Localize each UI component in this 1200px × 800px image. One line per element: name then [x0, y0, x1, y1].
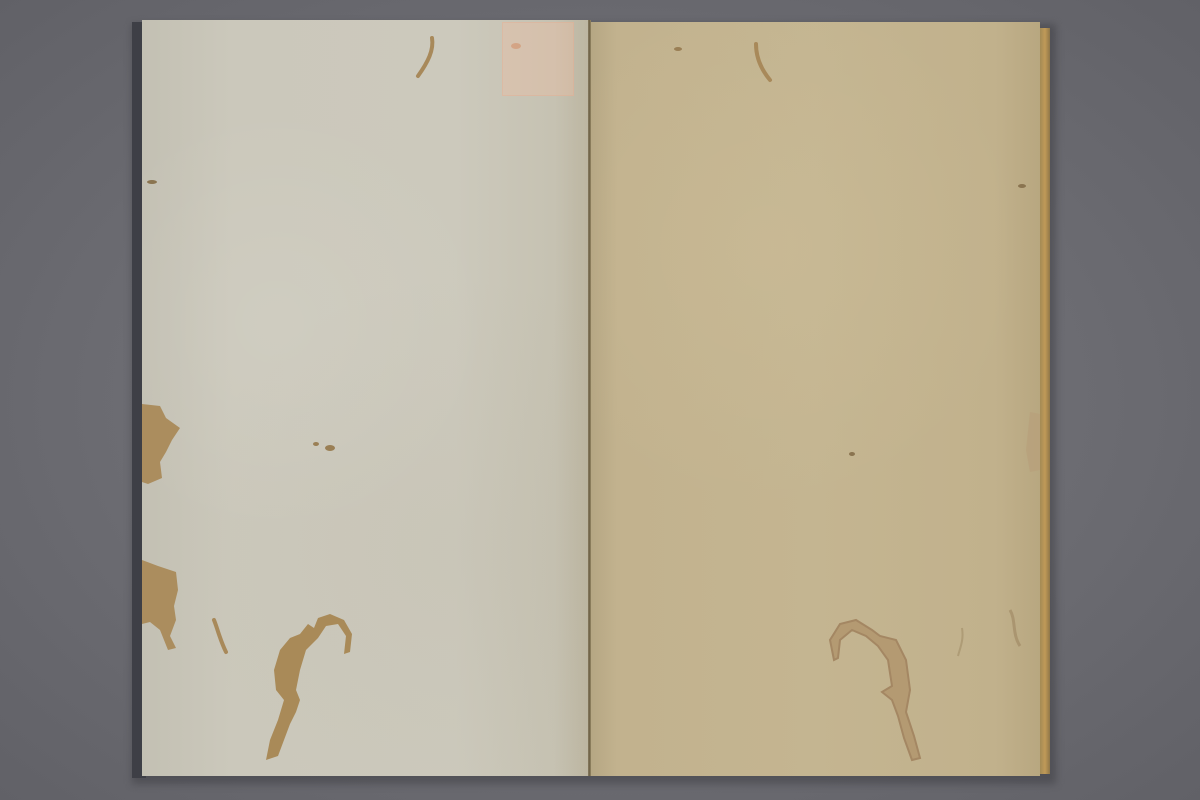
stain-top-right — [756, 44, 770, 80]
stain-dot-left-2 — [313, 442, 319, 446]
stain-top-left — [418, 38, 432, 76]
stain-worm-left — [266, 614, 352, 760]
stain-edge-right — [1026, 412, 1040, 472]
stain-dot-right-top — [674, 47, 682, 51]
stain-dot-right-edge — [1018, 184, 1026, 188]
stain-small-left — [214, 620, 226, 652]
stain-dot-left-edge — [147, 180, 157, 184]
stains-layer — [0, 0, 1200, 800]
stain-worm-right — [830, 620, 920, 760]
stain-edge-lower — [142, 560, 178, 650]
stain-dot-left — [325, 445, 335, 451]
stain-edge-upper — [142, 404, 180, 484]
stain-faint-right — [1010, 610, 1020, 646]
stain-dot-right-mid — [849, 452, 855, 456]
stain-faint-right-2 — [958, 628, 963, 656]
